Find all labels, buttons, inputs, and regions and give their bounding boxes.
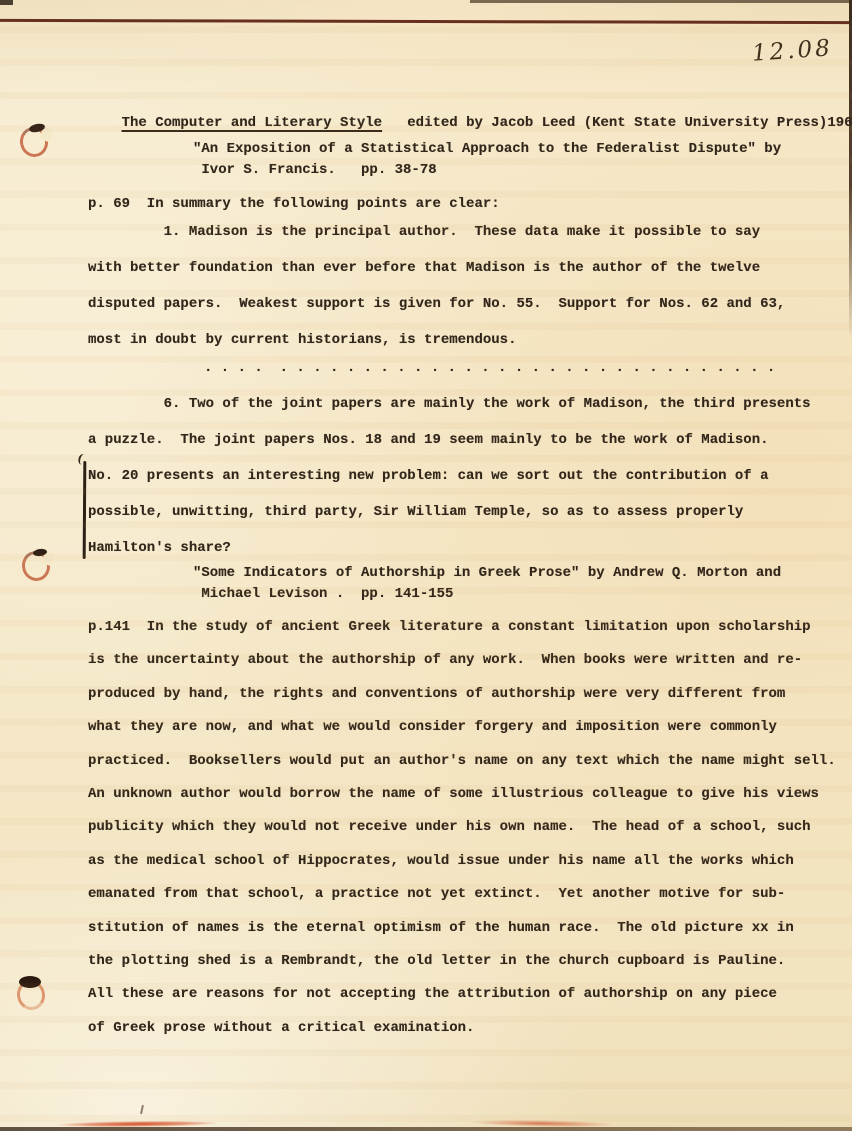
pen-tick-mark bbox=[140, 1105, 144, 1114]
scanned-page: 12.08 The Computer and Literary Style ed… bbox=[0, 0, 852, 1131]
article2-excerpt-paragraph: p.141 In the study of ancient Greek lite… bbox=[88, 611, 836, 1045]
ellipsis-separator: . . . . . . . . . . . . . . . . . . . . … bbox=[204, 358, 775, 378]
article2-heading: "Some Indicators of Authorship in Greek … bbox=[193, 563, 781, 605]
hole-punch-top bbox=[20, 127, 48, 157]
punch-rust-blob bbox=[19, 976, 41, 988]
hole-punch-middle bbox=[22, 551, 50, 581]
article1-heading: "An Exposition of a Statistical Approach… bbox=[193, 139, 781, 181]
scan-artifact-top-left-edge bbox=[0, 0, 13, 5]
scan-artifact-bottom-edge bbox=[0, 1127, 852, 1131]
article1-point-1-paragraph: 1. Madison is the principal author. Thes… bbox=[88, 214, 785, 358]
handwritten-annotation: 12.08 bbox=[751, 35, 833, 67]
scan-artifact-top-right-edge bbox=[470, 0, 852, 3]
book-credit: edited by Jacob Leed (Kent State Univers… bbox=[382, 115, 852, 131]
hole-punch-bottom bbox=[17, 980, 45, 1010]
article1-point-6-paragraph: 6. Two of the joint papers are mainly th… bbox=[88, 386, 811, 566]
article1-page-reference: p. 69 In summary the following points ar… bbox=[88, 194, 500, 214]
reader-margin-line bbox=[83, 461, 86, 559]
scan-artifact-top-line bbox=[0, 19, 852, 24]
book-title: The Computer and Literary Style bbox=[122, 115, 382, 131]
